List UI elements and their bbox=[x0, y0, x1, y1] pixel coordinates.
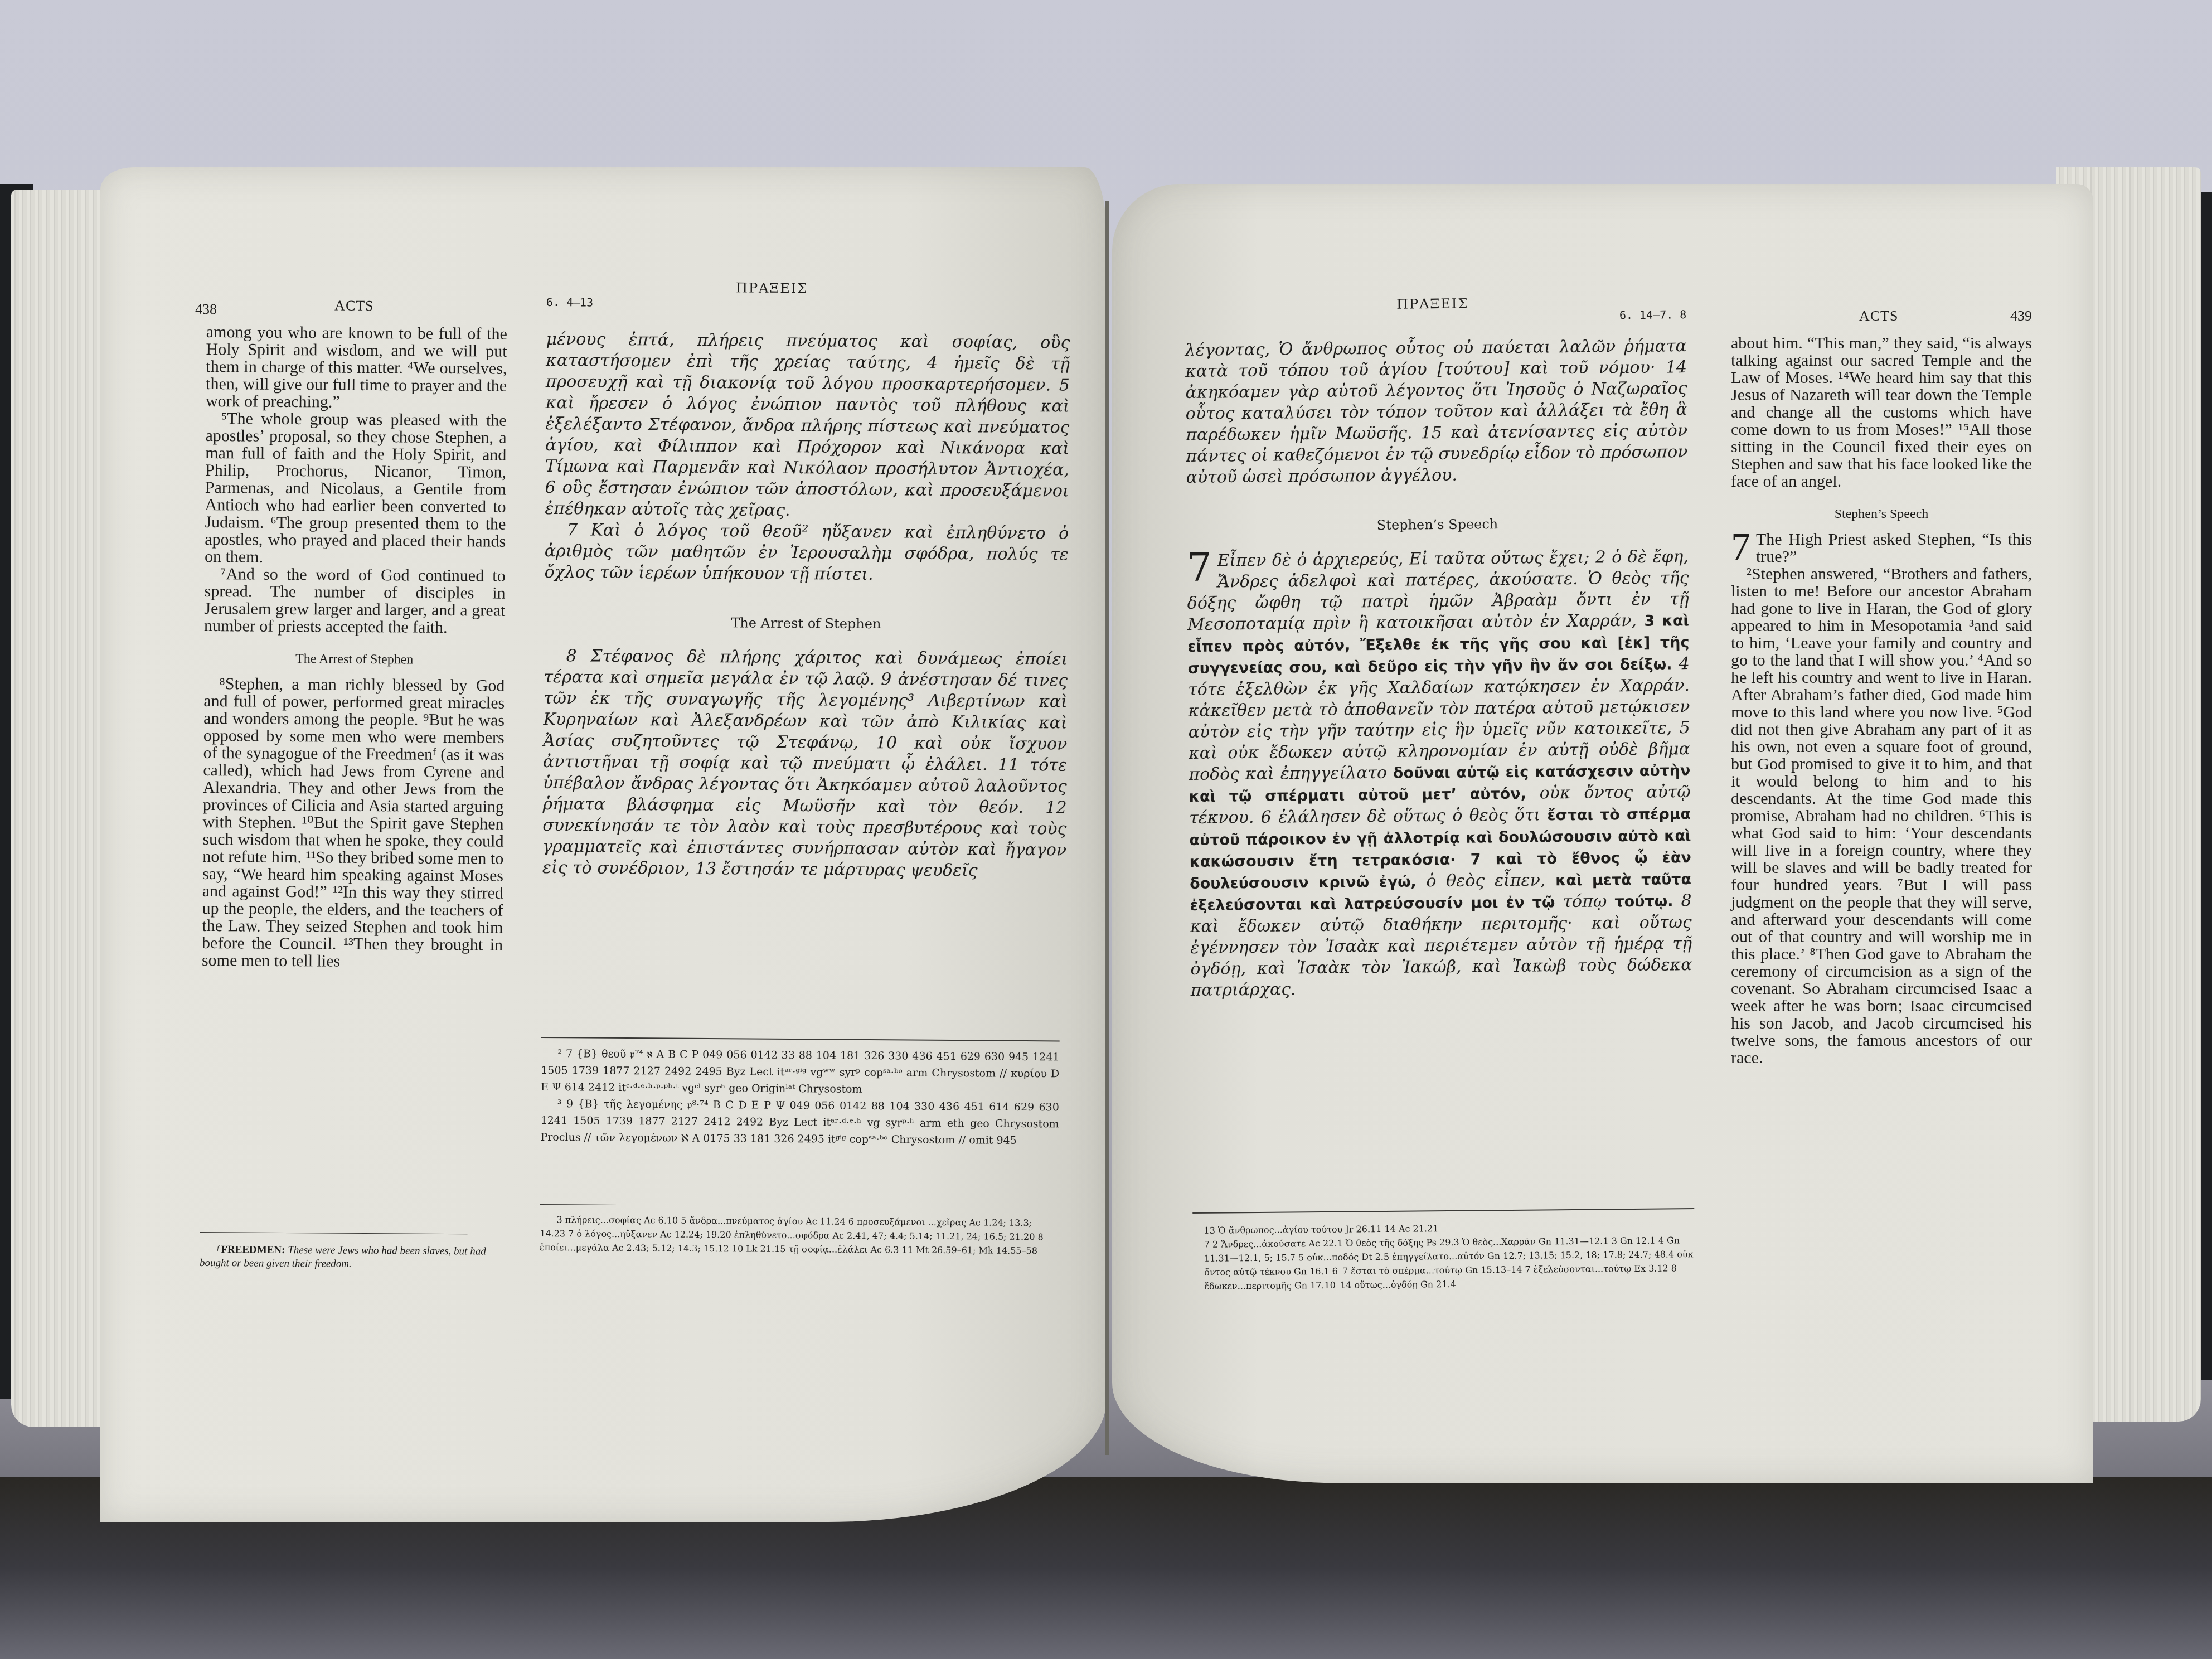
right-page: ΠΡΑΞΕΙΣ 6. 14—7. 8 λέγοντας, Ὁ ἄνθρωπος … bbox=[1112, 184, 2093, 1483]
running-head-greek: ΠΡΑΞΕΙΣ bbox=[1396, 296, 1469, 312]
critical-apparatus: ² 7 {B} θεοῦ 𝔭⁷⁴ ℵ A B C P 049 056 0142 … bbox=[540, 1045, 1059, 1149]
paragraph: ²Stephen answered, “Brothers and fathers… bbox=[1731, 565, 2032, 1066]
greek-paragraph: 7 Καὶ ὁ λόγος τοῦ θεοῦ² ηὔξανεν καὶ ἐπλη… bbox=[544, 520, 1069, 587]
greek-paragraph: μένους ἑπτά, πλήρεις πνεύματος καὶ σοφία… bbox=[545, 329, 1070, 523]
greek-segment-quotation: τούτῳ. bbox=[1614, 892, 1681, 910]
right-english-column: ACTS 439 about him. “This man,” they sai… bbox=[1731, 329, 2032, 1066]
apparatus-rule bbox=[541, 1037, 1060, 1041]
paragraph: ⁸Stephen, a man richly blessed by God an… bbox=[202, 675, 505, 971]
cross-references: 13 Ὁ ἄνθρωπος...ἁγίου τούτου Jr 26.11 14… bbox=[1204, 1219, 1695, 1293]
left-greek-column: 6. 4–13 ΠΡΑΞΕΙΣ μένους ἑπτά, πλήρεις πνε… bbox=[542, 295, 1070, 882]
section-heading: The Arrest of Stephen bbox=[544, 611, 1068, 636]
left-english-column: 438 ACTS among you who are known to be f… bbox=[202, 318, 507, 971]
footnote: ᶠ FREEDMEN: These were Jews who had been… bbox=[200, 1243, 501, 1272]
running-head-left: ACTS bbox=[334, 298, 374, 314]
chapter-first-line: The High Priest asked Stephen, “Is this … bbox=[1756, 530, 2032, 566]
chapter-number: 7 bbox=[1731, 531, 1750, 564]
crossref-rule bbox=[540, 1204, 618, 1205]
section-heading: The Arrest of Stephen bbox=[204, 650, 505, 670]
section-heading: Stephen’s Speech bbox=[1731, 506, 2032, 523]
page-number-left: 438 bbox=[195, 301, 217, 318]
greek-chapter-paragraph: 7 Εἶπεν δὲ ὁ ἀρχιερεύς, Εἰ ταῦτα οὕτως ἔ… bbox=[1187, 546, 1692, 1001]
crossref-rule bbox=[1192, 1208, 1694, 1214]
chapter-reference: 6. 4–13 bbox=[546, 295, 593, 309]
paragraph: about him. “This man,” they said, “is al… bbox=[1731, 334, 2032, 490]
greek-paragraph: λέγοντας, Ὁ ἄνθρωπος οὗτος οὐ παύεται λα… bbox=[1185, 336, 1688, 488]
running-head-right: ACTS bbox=[1859, 308, 1898, 324]
greek-paragraph: 8 Στέφανος δὲ πλήρης χάριτος καὶ δυνάμεω… bbox=[542, 646, 1068, 882]
apparatus-entry: ³ 9 {B} τῆς λεγομένης 𝔭⁸·⁷⁴ B C D E P Ψ … bbox=[540, 1095, 1059, 1149]
right-greek-column: ΠΡΑΞΕΙΣ 6. 14—7. 8 λέγοντας, Ὁ ἄνθρωπος … bbox=[1185, 297, 1692, 1001]
paragraph: among you who are known to be full of th… bbox=[206, 323, 507, 412]
running-head-greek: ΠΡΑΞΕΙΣ bbox=[736, 280, 808, 296]
greek-segment: τόπῳ bbox=[1563, 891, 1614, 911]
paragraph: ⁷And so the word of God continued to spr… bbox=[204, 565, 506, 637]
apparatus-entry: ² 7 {B} θεοῦ 𝔭⁷⁴ ℵ A B C P 049 056 0142 … bbox=[541, 1045, 1060, 1099]
greek-segment: ὁ θεὸς εἶπεν, bbox=[1426, 870, 1555, 891]
chapter-number: 7 bbox=[1187, 551, 1212, 584]
chapter-reference: 6. 14—7. 8 bbox=[1619, 308, 1687, 322]
left-page: 438 ACTS among you who are known to be f… bbox=[100, 167, 1107, 1522]
chapter-opening: 7 The High Priest asked Stephen, “Is thi… bbox=[1731, 531, 2032, 565]
footnote-term: FREEDMEN: bbox=[221, 1244, 285, 1256]
greek-segment: Εἶπεν δὲ ὁ ἀρχιερεύς, Εἰ ταῦτα οὕτως ἔχε… bbox=[1187, 547, 1689, 634]
page-number-right: 439 bbox=[2010, 308, 2032, 324]
crossref-line: 7 2 Ἄνδρες...ἀκούσατε Ac 22.1 Ὁ θεὸς τῆς… bbox=[1204, 1233, 1695, 1293]
footnote-marker: ᶠ bbox=[200, 1244, 218, 1255]
book-gutter bbox=[1105, 201, 1109, 1455]
footnote-rule bbox=[200, 1232, 468, 1234]
paragraph: ⁵The whole group was pleased with the ap… bbox=[205, 410, 507, 567]
cross-references: 3 πλήρεις...σοφίας Ac 6.10 5 ἄνδρα...πνε… bbox=[540, 1212, 1059, 1258]
section-heading: Stephen’s Speech bbox=[1186, 512, 1688, 537]
